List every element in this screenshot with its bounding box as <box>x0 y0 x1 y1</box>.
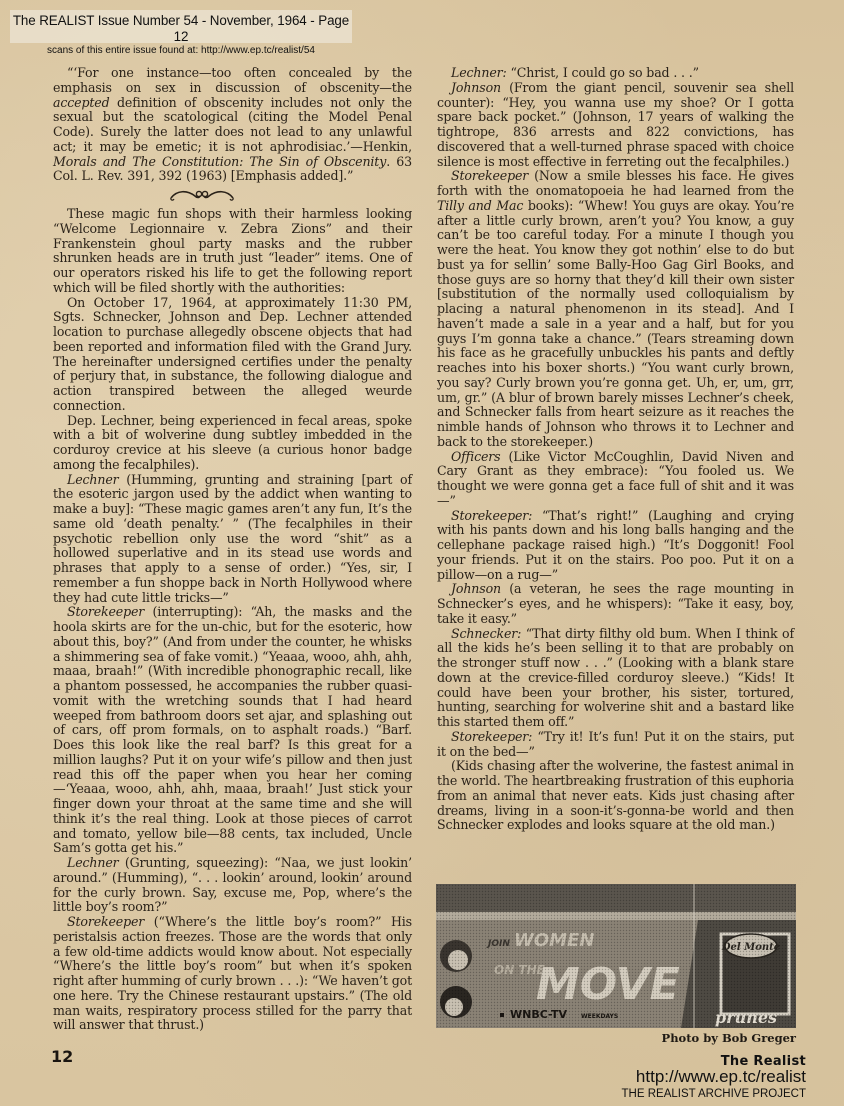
dialogue-paragraph: Lechner (Humming, grunting and straining… <box>53 473 412 606</box>
footer-archive-label: THE REALIST ARCHIVE PROJECT <box>622 1088 806 1101</box>
scroll-ornament-icon <box>169 187 235 203</box>
dialogue-text: (Humming, grunting and straining [part o… <box>53 472 412 605</box>
dialogue-paragraph: Lechner (Grunting, squeezing): “Naa, we … <box>53 856 412 915</box>
header-title: The REALIST Issue Number 54 - November, … <box>10 13 352 45</box>
speaker-name: Storekeeper <box>67 604 144 619</box>
speaker-name: Johnson <box>451 80 501 95</box>
speaker-name: Storekeeper: <box>451 508 532 523</box>
dialogue-paragraph: Storekeeper: “That’s right!” (Laughing a… <box>437 509 794 583</box>
footer-url-link[interactable]: http://www.ep.tc/realist <box>636 1068 806 1086</box>
speaker-name: Storekeeper: <box>451 729 532 744</box>
dialogue-text: “That dirty filthy old bum. When I think… <box>437 626 794 730</box>
billboard-image: Del Monte prunes JOIN WOMEN ON THE MOVE … <box>436 884 796 1028</box>
dialogue-paragraph: Schnecker: “That dirty filthy old bum. W… <box>437 627 794 730</box>
speaker-name: Lechner <box>67 855 119 870</box>
quote-emphasis: accepted <box>53 95 110 110</box>
dialogue-paragraph: Lechner: “Christ, I could go so bad . . … <box>437 66 794 81</box>
dialogue-text: books): “Whew! You guys are okay. You’re… <box>437 198 794 449</box>
dialogue-paragraph: Storekeeper: “Try it! It’s fun! Put it o… <box>437 730 794 760</box>
speaker-name: Schnecker: <box>451 626 521 641</box>
photo-credit: Photo by Bob Greger <box>600 1031 796 1045</box>
speaker-name: Lechner <box>67 472 119 487</box>
dialogue-paragraph: Storekeeper (“Where’s the little boy’s r… <box>53 915 412 1033</box>
archive-header: The REALIST Issue Number 54 - November, … <box>10 10 352 43</box>
dialogue-paragraph: Storekeeper (Now a smile blesses his fac… <box>437 169 794 449</box>
paragraph: On October 17, 1964, at approximately 11… <box>53 296 412 414</box>
speaker-name: Lechner: <box>451 65 507 80</box>
cited-work-title: Morals and The Constitution: The Sin of … <box>53 154 386 169</box>
dialogue-paragraph: Storekeeper (interrupting): “Ah, the mas… <box>53 605 412 856</box>
paragraph: (Kids chasing after the wolverine, the f… <box>437 759 794 833</box>
left-column: “‘For one instance—too often concealed b… <box>53 66 412 1033</box>
dialogue-text: “Christ, I could go so bad . . .” <box>507 65 699 80</box>
paragraph: Dep. Lechner, being experienced in fecal… <box>53 414 412 473</box>
henkin-quote: “‘For one instance—too often concealed b… <box>53 66 412 184</box>
quote-text: “‘For one instance—too often concealed b… <box>53 65 412 95</box>
dialogue-paragraph: Officers (Like Victor McCoughlin, David … <box>437 450 794 509</box>
dialogue-paragraph: Johnson (a veteran, he sees the rage mou… <box>437 582 794 626</box>
speaker-name: Officers <box>451 449 500 464</box>
dialogue-paragraph: Johnson (From the giant pencil, souvenir… <box>437 81 794 170</box>
right-column: Lechner: “Christ, I could go so bad . . … <box>437 66 794 833</box>
book-title: Tilly and Mac <box>437 198 523 213</box>
header-subtitle: scans of this entire issue found at: htt… <box>10 45 352 57</box>
speaker-name: Storekeeper <box>67 914 144 929</box>
billboard-photo: Del Monte prunes JOIN WOMEN ON THE MOVE … <box>436 884 796 1028</box>
paragraph: These magic fun shops with their harmles… <box>53 207 412 296</box>
dialogue-text: (interrupting): “Ah, the masks and the h… <box>53 604 412 855</box>
speaker-name: Johnson <box>451 581 501 596</box>
speaker-name: Storekeeper <box>451 168 528 183</box>
page-number: 12 <box>51 1047 73 1066</box>
dialogue-text: (“Where’s the little boy’s room?” His pe… <box>53 914 412 1032</box>
